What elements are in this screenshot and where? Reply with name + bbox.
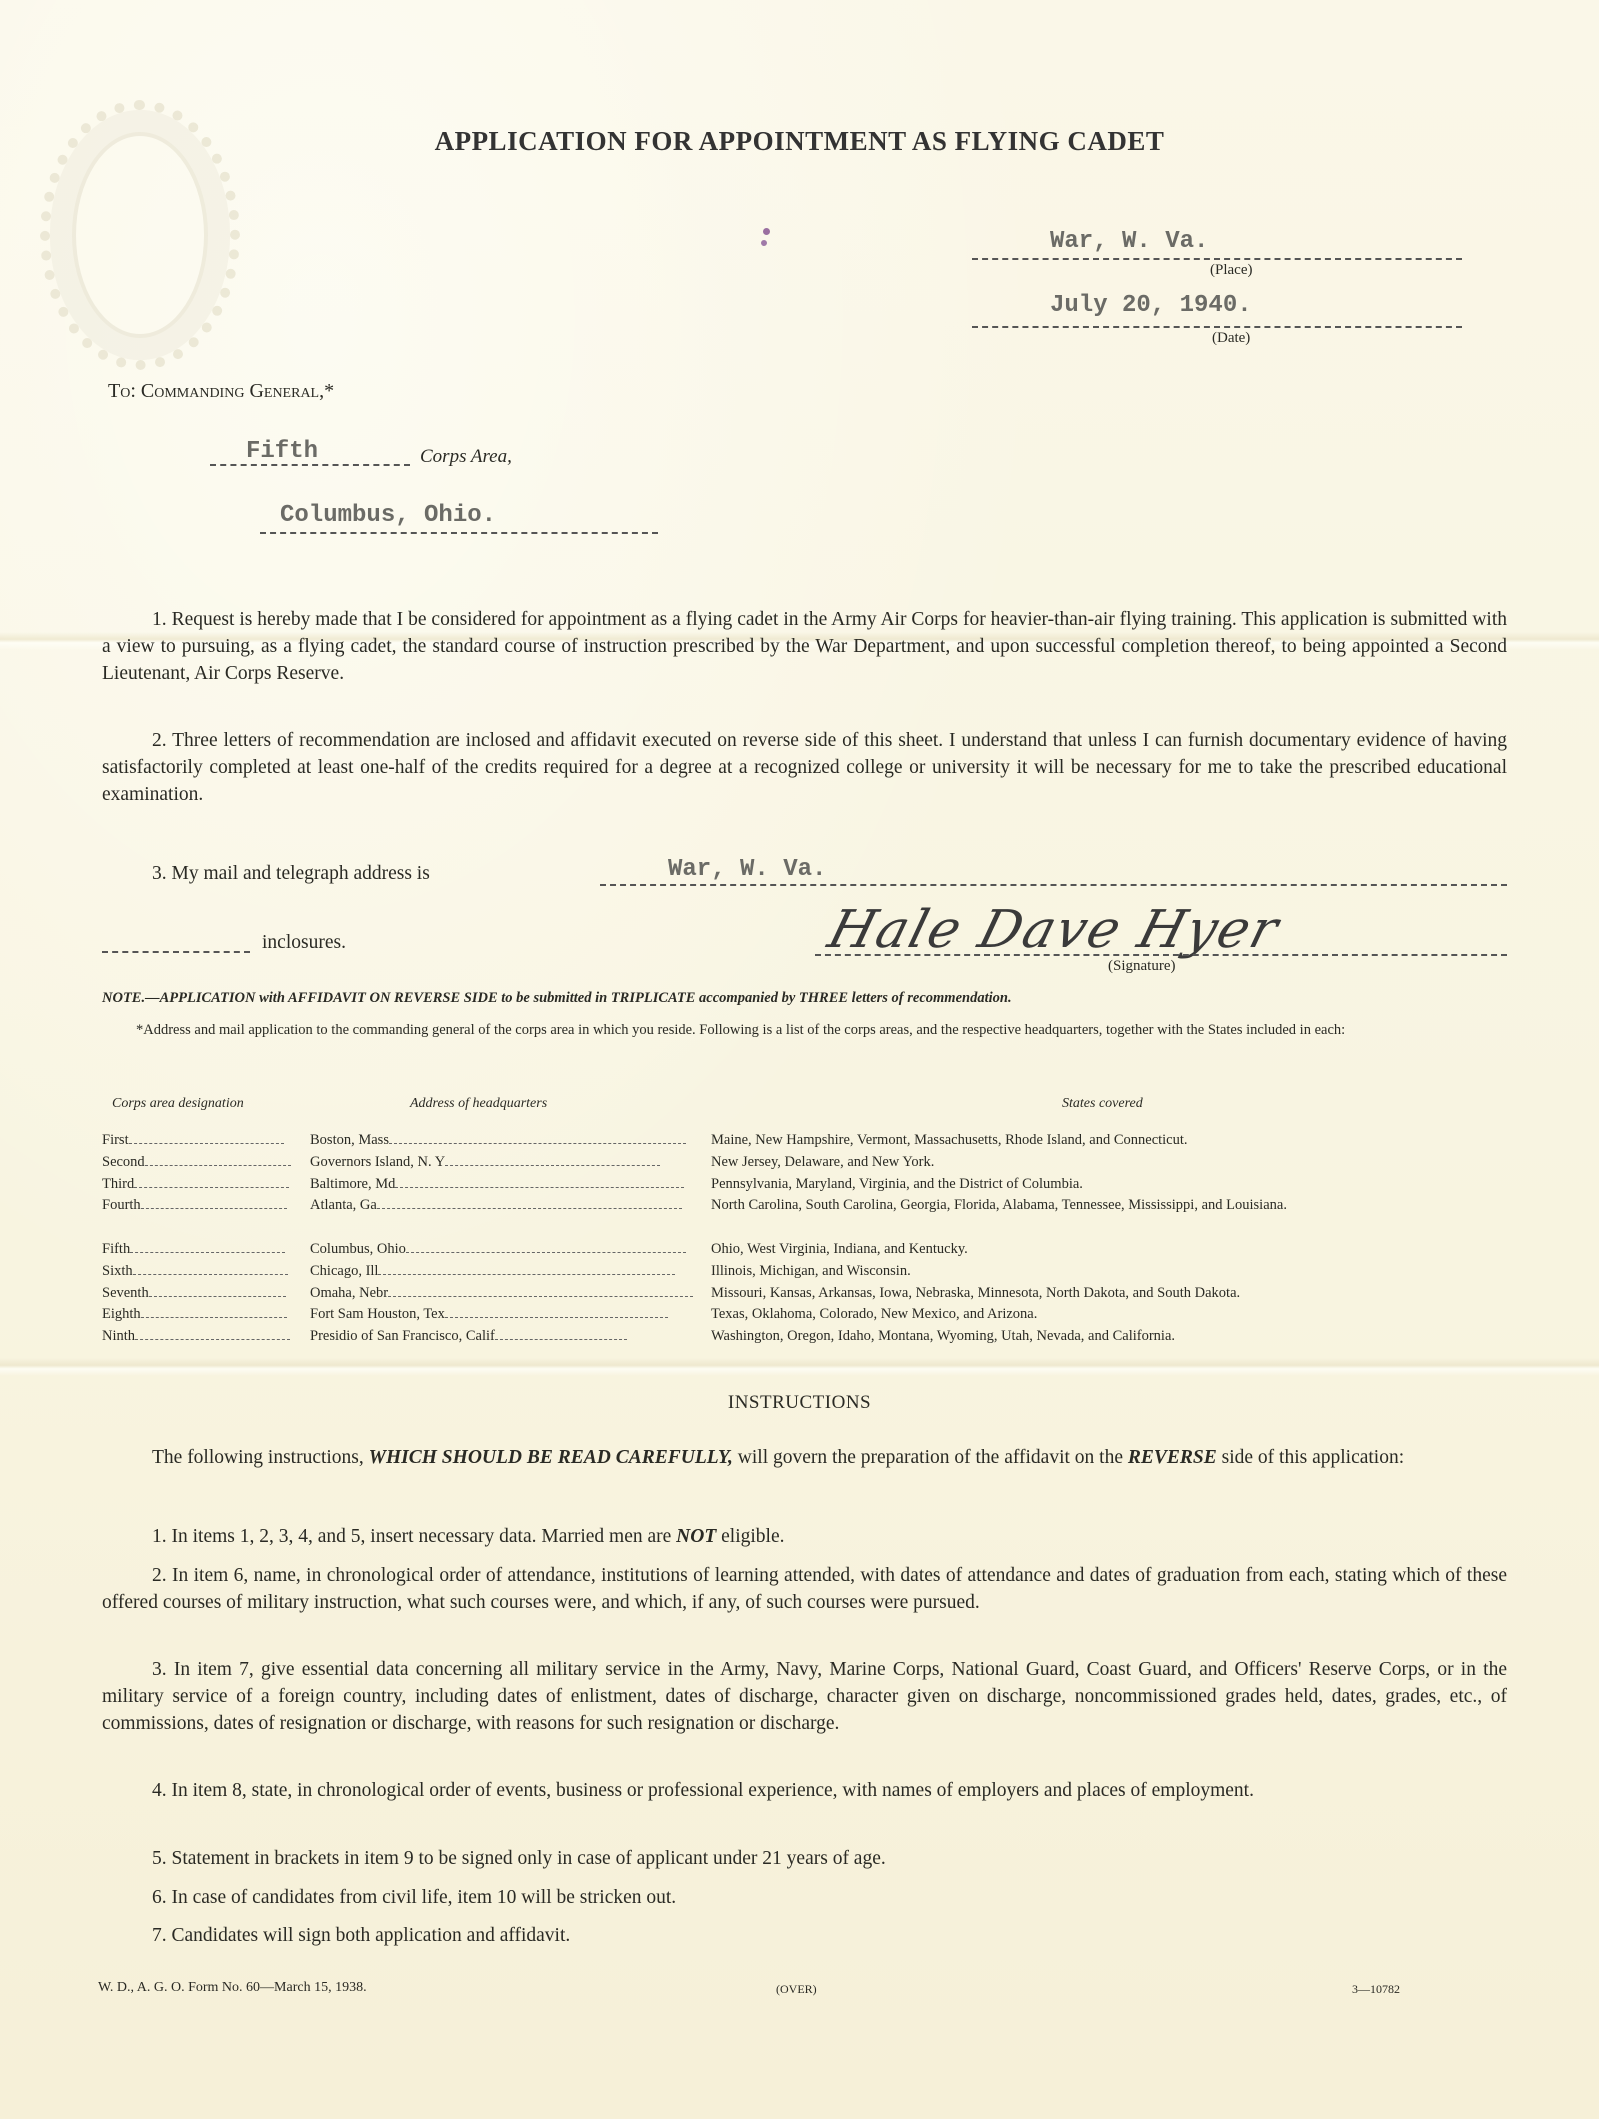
- item-1-text: eligible.: [716, 1526, 784, 1547]
- corps-designation: Sixth: [102, 1261, 302, 1281]
- instruction-item-1: 1. In items 1, 2, 3, 4, and 5, insert ne…: [102, 1523, 1507, 1550]
- corps-designation: Seventh: [102, 1283, 302, 1303]
- instruction-item-6: 6. In case of candidates from civil life…: [102, 1884, 1507, 1911]
- corps-designation: Third: [102, 1174, 302, 1194]
- date-label: (Date): [1212, 330, 1250, 347]
- instructions-heading: INSTRUCTIONS: [0, 1392, 1599, 1414]
- corps-designation: Fourth: [102, 1195, 302, 1215]
- mail-address-label: 3. My mail and telegraph address is: [152, 863, 430, 885]
- instruction-item-2: 2. In item 6, name, in chronological ord…: [102, 1562, 1507, 1616]
- corps-states: Missouri, Kansas, Arkansas, Iowa, Nebras…: [711, 1283, 1521, 1303]
- corps-states: Maine, New Hampshire, Vermont, Massachus…: [711, 1130, 1521, 1150]
- corps-states: New Jersey, Delaware, and New York.: [711, 1152, 1521, 1172]
- form-number: W. D., A. G. O. Form No. 60—March 15, 19…: [98, 1980, 367, 1996]
- corps-area-field[interactable]: Fifth: [246, 438, 318, 465]
- item-5-text: 5. Statement in brackets in item 9 to be…: [152, 1848, 886, 1869]
- corps-designation: Second: [102, 1152, 302, 1172]
- inclosures-count-field[interactable]: [102, 951, 250, 953]
- reverse-emphasis: REVERSE: [1128, 1447, 1217, 1468]
- intro-text: will govern the preparation of the affid…: [733, 1447, 1128, 1468]
- corps-designation: Ninth: [102, 1326, 302, 1346]
- inclosures-label: inclosures.: [262, 932, 346, 954]
- to-commanding-general: To: Commanding General,*: [108, 380, 334, 403]
- paragraph-2: 2. Three letters of recommendation are i…: [102, 727, 1507, 808]
- intro-emphasis: WHICH SHOULD BE READ CAREFULLY,: [369, 1447, 733, 1468]
- col-header-states: States covered: [1062, 1096, 1143, 1112]
- signature-label: (Signature): [1108, 958, 1175, 975]
- ink-spot: [761, 240, 767, 246]
- mail-address-field[interactable]: War, W. Va.: [668, 856, 826, 883]
- headquarters-field[interactable]: Columbus, Ohio.: [280, 502, 496, 529]
- applicant-signature[interactable]: Hale Dave Hyer: [822, 900, 1286, 960]
- corps-designation: Fifth: [102, 1239, 302, 1259]
- corps-area-label: Corps Area,: [420, 446, 512, 468]
- ink-spot: [763, 228, 770, 235]
- corps-states: Washington, Oregon, Idaho, Montana, Wyom…: [711, 1326, 1521, 1346]
- item-7-text: 7. Candidates will sign both application…: [152, 1925, 570, 1946]
- not-emphasis: NOT: [676, 1526, 716, 1547]
- place-field[interactable]: War, W. Va.: [1050, 228, 1208, 255]
- triplicate-note: NOTE.—APPLICATION with AFFIDAVIT ON REVE…: [102, 990, 1512, 1007]
- item-4-text: 4. In item 8, state, in chronological or…: [152, 1780, 1254, 1801]
- paragraph-2-text: 2. Three letters of recommendation are i…: [102, 730, 1507, 805]
- headquarters-line: [260, 532, 658, 534]
- corps-states: North Carolina, South Carolina, Georgia,…: [711, 1195, 1521, 1215]
- item-6-text: 6. In case of candidates from civil life…: [152, 1887, 676, 1908]
- instruction-item-7: 7. Candidates will sign both application…: [102, 1922, 1507, 1949]
- corps-states: Ohio, West Virginia, Indiana, and Kentuc…: [711, 1239, 1521, 1259]
- address-footnote: *Address and mail application to the com…: [102, 1020, 1507, 1040]
- corps-area-line: [210, 464, 410, 466]
- col-header-address: Address of headquarters: [410, 1096, 547, 1112]
- instruction-item-4: 4. In item 8, state, in chronological or…: [102, 1777, 1507, 1804]
- item-2-text: 2. In item 6, name, in chronological ord…: [102, 1565, 1507, 1613]
- mail-address-line: [600, 884, 1507, 886]
- instruction-item-3: 3. In item 7, give essential data concer…: [102, 1656, 1507, 1737]
- signature-line: [815, 954, 1507, 956]
- address-footnote-text: *Address and mail application to the com…: [136, 1022, 1345, 1038]
- place-line: [972, 258, 1462, 260]
- intro-text: The following instructions,: [152, 1447, 369, 1468]
- print-code: 3—10782: [1352, 1982, 1400, 1997]
- col-header-designation: Corps area designation: [112, 1096, 244, 1112]
- corps-states: Illinois, Michigan, and Wisconsin.: [711, 1261, 1521, 1281]
- item-1-text: 1. In items 1, 2, 3, 4, and 5, insert ne…: [152, 1526, 676, 1547]
- paper-fold: [0, 1358, 1599, 1376]
- paragraph-1-text: 1. Request is hereby made that I be cons…: [102, 609, 1507, 684]
- place-label: (Place): [1210, 262, 1252, 279]
- over-indicator: (OVER): [776, 1982, 817, 1997]
- instruction-item-5: 5. Statement in brackets in item 9 to be…: [102, 1845, 1507, 1872]
- instructions-intro: The following instructions, WHICH SHOULD…: [102, 1444, 1507, 1471]
- date-field[interactable]: July 20, 1940.: [1050, 292, 1252, 319]
- corps-states: Texas, Oklahoma, Colorado, New Mexico, a…: [711, 1304, 1521, 1324]
- corps-designation: First: [102, 1130, 302, 1150]
- item-3-text: 3. In item 7, give essential data concer…: [102, 1659, 1507, 1734]
- corps-states: Pennsylvania, Maryland, Virginia, and th…: [711, 1174, 1521, 1194]
- date-line: [972, 326, 1462, 328]
- corps-designation: Eighth: [102, 1304, 302, 1324]
- intro-text: side of this application:: [1217, 1447, 1404, 1468]
- paragraph-1: 1. Request is hereby made that I be cons…: [102, 606, 1507, 687]
- form-title: APPLICATION FOR APPOINTMENT AS FLYING CA…: [0, 126, 1599, 157]
